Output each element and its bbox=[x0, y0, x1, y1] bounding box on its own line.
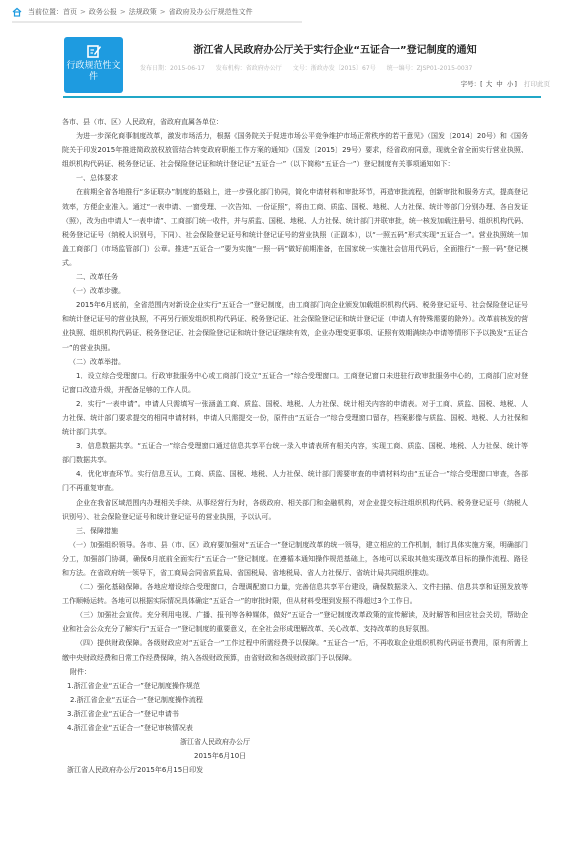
document-body: 各市、县（市、区）人民政府，省政府直属各单位： 为进一步深化商事制度改革，激发市… bbox=[62, 115, 528, 777]
breadcrumb-item-policy[interactable]: 法规政策 bbox=[129, 7, 157, 17]
signature-date: 2015年6月10日 bbox=[62, 749, 528, 763]
attachment-item: 3.浙江省企业“五证合一”登记申请书 bbox=[62, 707, 528, 721]
document-type-badge: 行政规范性文件 bbox=[64, 37, 123, 93]
font-size-small-button[interactable]: 小 bbox=[507, 80, 514, 88]
print-page-link[interactable]: 打印此页 bbox=[524, 80, 550, 88]
list-item: 3．信息数据共享。“五证合一”综合受理窗口通过信息共享平台统一录入申请表所有相关… bbox=[62, 439, 528, 467]
font-size-large-button[interactable]: 大 bbox=[486, 80, 493, 88]
paragraph: 2015年6月底前，全省范围内对新设企业实行“五证合一”登记制度，由工商部门向企… bbox=[62, 298, 528, 354]
bracket: [ bbox=[480, 80, 483, 88]
document-meta: 发布日期：2015-06-17 发布机构：省政府办公厅 文号：浙政办发〔2015… bbox=[140, 63, 540, 72]
font-size-medium-button[interactable]: 中 bbox=[496, 80, 503, 88]
section-heading: 一、总体要求 bbox=[62, 171, 528, 185]
breadcrumb-item-gazette[interactable]: 政务公报 bbox=[89, 7, 117, 17]
issuer: 发布机构：省政府办公厅 bbox=[216, 65, 282, 72]
home-icon[interactable] bbox=[12, 7, 22, 17]
paragraph: 企业在我省区域范围内办理相关手续、从事经营行为时，各级政府、相关部门和金融机构，… bbox=[62, 496, 528, 524]
breadcrumb-separator: > bbox=[80, 8, 86, 16]
unified-number: 统一编号：ZJSP01-2015-0037 bbox=[387, 65, 473, 72]
list-item: 4．优化审查环节。实行信息互认，工商、质监、国税、地税、人力社保、统计部门需要审… bbox=[62, 467, 528, 495]
badge-label: 行政规范性文件 bbox=[64, 61, 123, 83]
paragraph: 在前期全省各地推行“多证联办”制度的基础上，进一步强化部门协同，简化申请材料和审… bbox=[62, 185, 528, 270]
subsection-heading: （一）改革步骤。 bbox=[62, 284, 528, 298]
breadcrumb: 当前位置： 首页 > 政务公报 > 法规政策 > 省政府及办公厅规范性文件 bbox=[12, 4, 302, 20]
intro-paragraph: 为进一步深化商事制度改革，激发市场活力，根据《国务院关于促进市场公平竞争维护市场… bbox=[62, 129, 528, 171]
list-item: （二）强化基础保障。各地应增设综合受理窗口，合理调配窗口力量，完善信息共享平台建… bbox=[62, 580, 528, 608]
list-item: （一）加强组织领导。各市、县（市、区）政府要加强对“五证合一”登记制度改革的统一… bbox=[62, 538, 528, 580]
breadcrumb-item-home[interactable]: 首页 bbox=[63, 7, 77, 17]
print-note: 浙江省人民政府办公厅2015年6月15日印发 bbox=[62, 763, 528, 777]
attachment-item: 1.浙江省企业“五证合一”登记制度操作规范 bbox=[62, 679, 528, 693]
breadcrumb-separator: > bbox=[160, 8, 166, 16]
breadcrumb-separator: > bbox=[120, 8, 126, 16]
page-title: 浙江省人民政府办公厅关于实行企业“五证合一”登记制度的通知 bbox=[130, 41, 540, 56]
bracket: ] bbox=[514, 80, 517, 88]
list-item: 2．实行“一表申请”。申请人只需填写一张涵盖工商、质监、国税、地税、人力社保、统… bbox=[62, 397, 528, 439]
publish-date: 发布日期：2015-06-17 bbox=[140, 65, 205, 72]
attachment-item: 2.浙江省企业“五证合一”登记制度操作流程 bbox=[62, 693, 528, 707]
attachment-item: 4.浙江省企业“五证合一”登记审核情况表 bbox=[62, 721, 528, 735]
section-heading: 二、改革任务 bbox=[62, 270, 528, 284]
breadcrumb-divider bbox=[12, 21, 302, 23]
breadcrumb-item-documents[interactable]: 省政府及办公厅规范性文件 bbox=[169, 7, 253, 17]
list-item: （三）加强社会宣传。充分利用电视、广播、报刊等各种媒体，做好“五证合一”登记制度… bbox=[62, 608, 528, 636]
list-item: 1．设立综合受理窗口。行政审批服务中心或工商部门设立“五证合一”综合受理窗口。工… bbox=[62, 369, 528, 397]
header-divider bbox=[63, 96, 541, 98]
list-item: （四）提供财政保障。各级财政应对“五证合一”工作过程中所需经费予以保障。“五证合… bbox=[62, 636, 528, 664]
signature-org: 浙江省人民政府办公厅 bbox=[62, 735, 528, 749]
salutation: 各市、县（市、区）人民政府，省政府直属各单位： bbox=[62, 115, 528, 129]
edit-document-icon bbox=[86, 43, 102, 59]
font-size-controls: 字号：[ 大 中 小] 打印此页 bbox=[461, 79, 550, 88]
section-heading: 三、保障措施 bbox=[62, 524, 528, 538]
doc-number: 文号：浙政办发〔2015〕67号 bbox=[293, 65, 376, 72]
breadcrumb-label: 当前位置： bbox=[28, 7, 63, 17]
subsection-heading: （二）改革举措。 bbox=[62, 355, 528, 369]
font-size-label: 字号： bbox=[461, 80, 481, 88]
attachments-label: 附件： bbox=[62, 665, 528, 679]
